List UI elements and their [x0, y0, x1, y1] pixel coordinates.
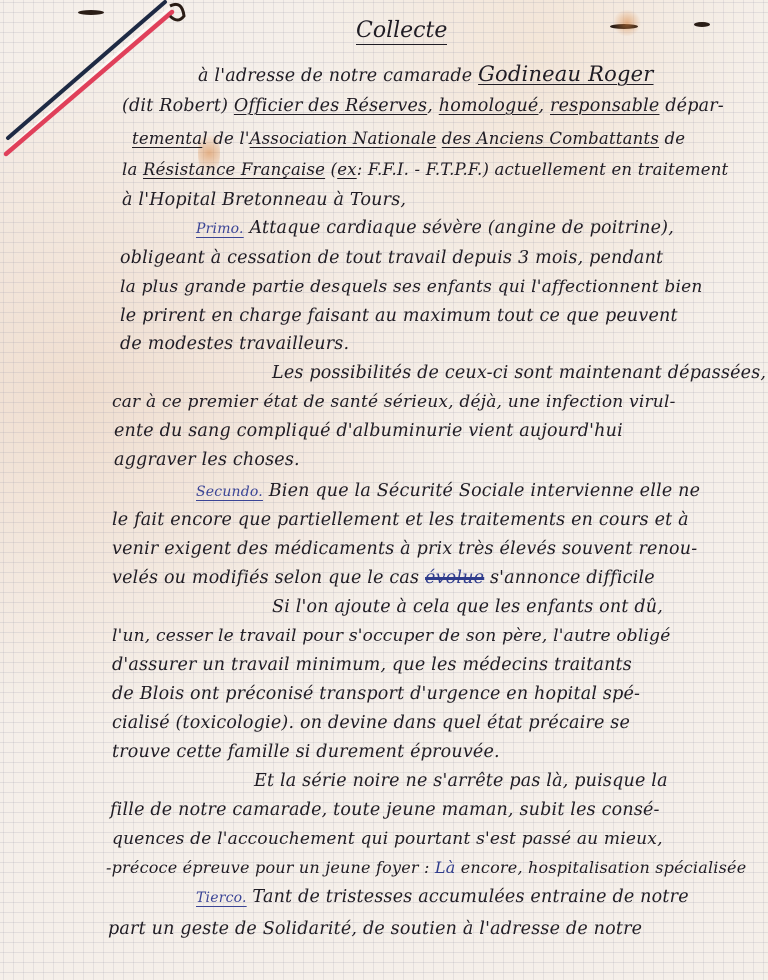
- text-line: de Blois ont préconisé transport d'urgen…: [112, 684, 640, 704]
- text-line: venir exigent des médicaments à prix trè…: [112, 539, 697, 559]
- text-line: -précoce épreuve pour un jeune foyer : L…: [106, 858, 746, 877]
- text-line: Les possibilités de ceux-ci sont mainten…: [272, 363, 766, 383]
- text-line: l'un, cesser le travail pour s'occuper d…: [112, 626, 671, 646]
- text-line: à l'adresse de notre camarade Godineau R…: [198, 62, 654, 86]
- text-line: Primo. Attaque cardiaque sévère (angine …: [196, 218, 674, 238]
- punch-hole-right-2: [694, 22, 710, 27]
- punch-hole-left: [78, 10, 104, 15]
- text-line: de modestes travailleurs.: [120, 334, 349, 354]
- text-line: obligeant à cessation de tout travail de…: [120, 248, 663, 268]
- handwritten-letter-page: Collecte à l'adresse de notre camarade G…: [0, 0, 768, 980]
- text-line: d'assurer un travail minimum, que les mé…: [112, 655, 632, 675]
- text-line: Secundo. Bien que la Sécurité Sociale in…: [196, 481, 700, 501]
- text-line: Et la série noire ne s'arrête pas là, pu…: [254, 771, 668, 791]
- struck-word: évolue: [425, 568, 484, 588]
- page-title: Collecte: [356, 18, 447, 45]
- text-line: la Résistance Française (ex: F.F.I. - F.…: [122, 160, 728, 179]
- text-line: temental de l'Association Nationale des …: [132, 129, 685, 148]
- text-line: trouve cette famille si durement éprouvé…: [112, 742, 500, 762]
- text-line: (dit Robert) Officier des Réserves, homo…: [122, 96, 724, 116]
- comrade-name: Godineau Roger: [478, 62, 653, 86]
- text-line: ente du sang compliqué d'albuminurie vie…: [114, 421, 623, 441]
- text-line: part un geste de Solidarité, de soutien …: [108, 919, 642, 939]
- text-line: le fait encore que partiellement et les …: [112, 510, 689, 530]
- text-line: velés ou modifiés selon que le cas évolu…: [112, 568, 655, 588]
- section-label-primo: Primo.: [196, 221, 244, 237]
- text-line: Si l'on ajoute à cela que les enfants on…: [272, 597, 663, 617]
- text-line: quences de l'accouchement qui pourtant s…: [112, 829, 663, 849]
- section-label-secundo: Secundo.: [196, 484, 263, 500]
- text-line: aggraver les choses.: [114, 450, 300, 470]
- text-line: la plus grande partie desquels ses enfan…: [120, 277, 703, 297]
- text-line: fille de notre camarade, toute jeune mam…: [110, 800, 660, 820]
- text-line: cialisé (toxicologie). on devine dans qu…: [112, 713, 630, 733]
- rust-stain: [612, 10, 642, 36]
- text-line: car à ce premier état de santé sérieux, …: [112, 392, 676, 412]
- section-label-tierco: Tierco.: [196, 890, 247, 906]
- text-line: le prirent en charge faisant au maximum …: [120, 306, 678, 326]
- text-line: Tierco. Tant de tristesses accumulées en…: [196, 887, 689, 907]
- text-line: à l'Hopital Bretonneau à Tours,: [122, 190, 406, 210]
